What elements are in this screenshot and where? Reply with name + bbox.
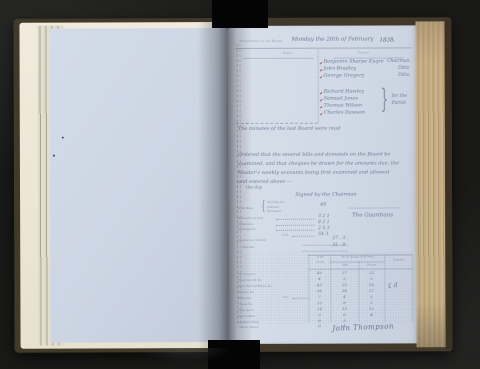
cell-value: 56 (312, 289, 326, 294)
present-name: Thomas Wilson (324, 103, 363, 109)
names-header-text: Names (266, 52, 310, 55)
group-brace: } (381, 86, 389, 112)
paragraph-text: Master's weekly accounts being first exa… (238, 169, 389, 175)
attendance-tick-icon (320, 113, 323, 116)
minutes-line-text: The minutes of the last Board were read (238, 126, 341, 132)
paragraph-text: Ordered that the several bills and deman… (238, 151, 390, 157)
account-value-text: 2 5 3 (318, 225, 329, 230)
margin-annotation: £ d (387, 280, 408, 297)
account-brace-item: Discharged (267, 210, 294, 216)
account-value-text: 31 . 9 . (306, 242, 348, 247)
present-note-text: Ditto (374, 65, 410, 70)
table-total-label: Total (282, 296, 294, 302)
brace-item-text: Discharged (267, 210, 281, 213)
brace-note-line2: Parish (392, 100, 406, 105)
account-brace: { (261, 200, 266, 213)
total-label-text: Total (282, 234, 288, 237)
brace-note-line1: for the (392, 93, 407, 98)
signed-line-text: Signed by the Chairman (286, 192, 366, 198)
signature-text: John Thompson (332, 322, 394, 332)
gutter-shadow (197, 20, 252, 350)
cell-value: 23 (362, 270, 380, 275)
dotted-leader (276, 224, 314, 225)
floor-reflection (120, 348, 230, 369)
paper-speck (53, 155, 55, 157)
cell-value: 34 (334, 289, 354, 294)
cell-value: 5 (362, 300, 380, 305)
right-cover-edge (444, 19, 452, 349)
cell-value: 43 (312, 283, 326, 288)
present-header-text: Present (344, 51, 384, 54)
subheader-text: Women (359, 263, 384, 266)
present-note-text: Chairman (374, 58, 410, 63)
right-page-content: Proceedings of the Board, Monday the 26t… (227, 25, 418, 344)
present-name: Samuel Jones (324, 96, 358, 102)
cell-value: 45 (312, 271, 326, 276)
attendance-tick-icon (320, 106, 323, 109)
guardians-note-text: The Guardians (352, 211, 393, 218)
col1-header-text: House (310, 260, 330, 263)
header-year-text: 1838. (379, 36, 395, 43)
present-name-row: Charles Dawson (324, 109, 406, 120)
names-header-rule (244, 58, 314, 59)
cell-value: 9 (312, 313, 326, 318)
cell-value: 6 (312, 324, 326, 329)
attendance-tick-icon (319, 62, 322, 65)
cell-value: 3 (334, 277, 354, 282)
paper-speck (62, 137, 64, 139)
account-brace-value: 49 (320, 202, 333, 213)
cell-value: 4 (312, 277, 326, 282)
col1-header-text: In the (310, 256, 330, 259)
cell-value: 15 (334, 307, 354, 312)
photograph-of-open-ledger: Proceedings of the Board, Monday the 26t… (0, 0, 480, 369)
cell-value: 6 (334, 313, 354, 318)
cell-value: 12 (362, 306, 380, 311)
note-rule (348, 207, 400, 208)
total-label-text: Total (282, 296, 288, 299)
minutes-line: The minutes of the last Board were read (238, 125, 443, 137)
account-value-text: 49 (320, 202, 326, 208)
account-value-text: 8 2 1 (318, 220, 329, 225)
remarks-header-text: Remarks (385, 258, 412, 261)
attendance-tick-icon (320, 92, 323, 95)
attendance-tick-icon (320, 76, 323, 79)
cell-value: 24 (312, 307, 326, 312)
attendance-tick-icon (320, 99, 323, 102)
present-name: Charles Dawson (324, 110, 365, 116)
annotation-text: £ d (387, 281, 397, 289)
cell-value: 12 (312, 301, 326, 306)
cell-value: 3 (362, 294, 380, 299)
cell-value: 27 (334, 271, 354, 276)
table-vline (412, 254, 413, 321)
present-name: Richard Hawley (324, 89, 365, 95)
attendance-tick-icon (320, 69, 323, 72)
group-header-text: No. of Inmates in the Week (331, 255, 384, 258)
present-note-text: Ditto (374, 72, 410, 77)
subheader-text: Men (332, 264, 358, 267)
account-value-text: 27 . 3 . (306, 236, 348, 241)
cell-value: 4 (362, 312, 380, 317)
cell-value: 18 (362, 282, 380, 287)
column-divider (318, 50, 319, 123)
ledger-book: Proceedings of the Board, Monday the 26t… (13, 17, 452, 353)
paragraph-text: examined, and that cheques be drawn for … (238, 160, 399, 166)
cell-value: 25 (334, 283, 354, 288)
cell-value: 7 (312, 295, 326, 300)
account-value-text: 3 2 1 (318, 214, 329, 219)
dotted-leader (276, 230, 314, 231)
cell-value: 8 (334, 301, 354, 306)
brace-item-text: On Friday last (267, 201, 284, 204)
cell-value: 8 (312, 319, 326, 324)
fore-edge-pages (415, 21, 448, 347)
present-name: George Gregory (324, 73, 365, 79)
cell-value: 4 (334, 295, 354, 300)
header-date-text: Monday the 26th of February (291, 36, 373, 43)
cradle-gap-top (212, 0, 268, 28)
present-name: John Bradley (324, 66, 357, 72)
brace-item-text: Admitted (267, 205, 278, 208)
dotted-leader (276, 219, 314, 220)
cell-value: 27 (362, 288, 380, 293)
cell-value: 5 (334, 319, 354, 324)
cell-value: 2 (362, 276, 380, 281)
dotted-leader (292, 298, 308, 299)
